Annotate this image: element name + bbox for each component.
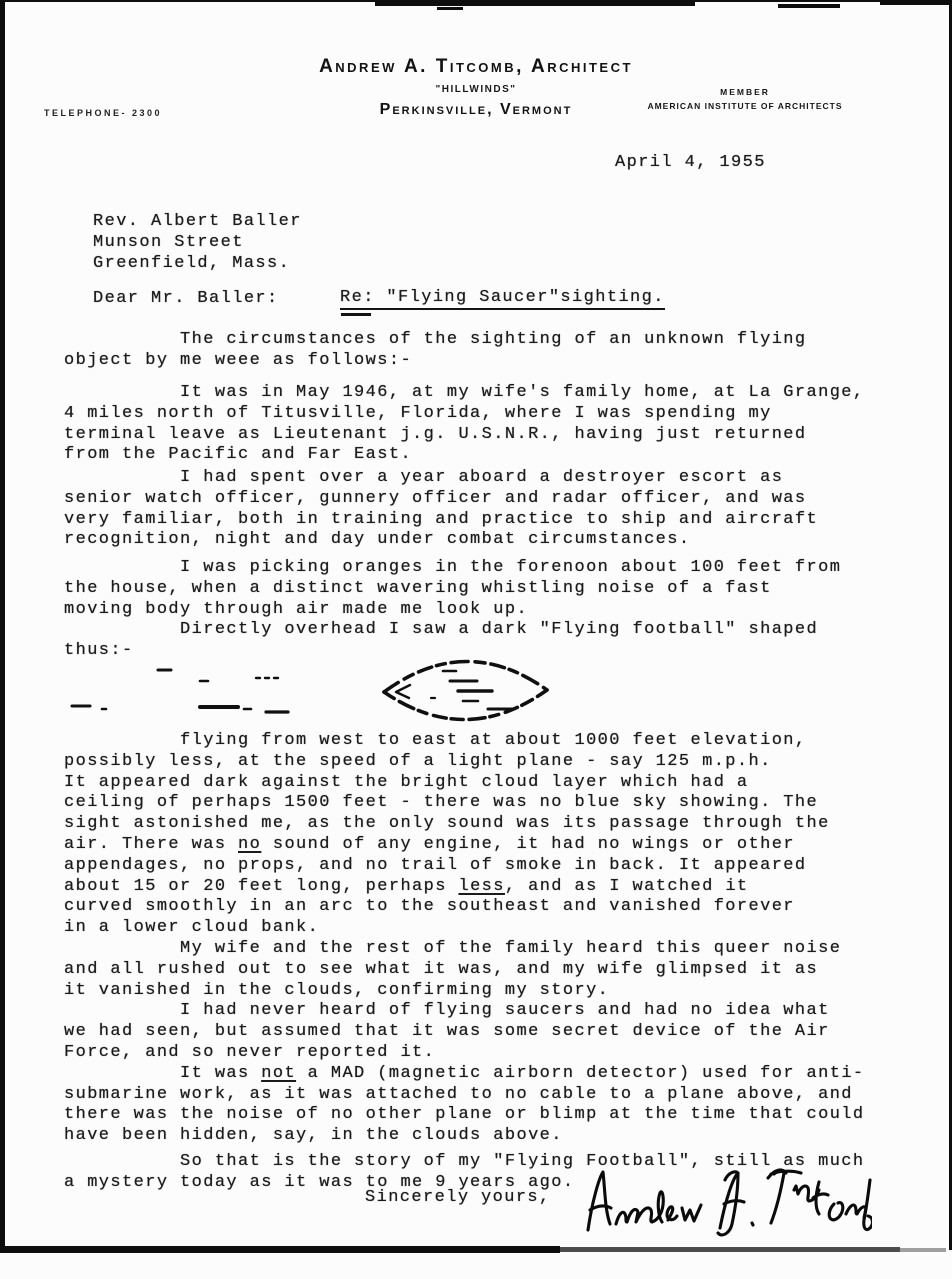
letterhead-telephone: TELEPHONE- 2300 [44,108,162,118]
text-line: I had spent over a year aboard a destroy… [64,468,818,489]
subject-text: Re: "Flying Saucer"sighting. [340,288,665,310]
body-paragraph-3: I had spent over a year aboard a destroy… [64,468,818,551]
text-line: from the Pacific and Far East. [64,445,865,466]
scan-edge-left [0,0,5,1253]
scan-edge-top-corner [880,0,952,5]
text-line: submarine work, as it was attached to no… [64,1085,865,1106]
subject-underline-tick [341,313,371,316]
text-line: senior watch officer, gunnery officer an… [64,489,818,510]
subject-line: Re: "Flying Saucer"sighting. [340,288,665,307]
flying-football-sketch [60,648,560,732]
text-line: It was not a MAD (magnetic airborn detec… [64,1064,865,1085]
text-line: The circumstances of the sighting of an … [64,330,807,351]
text-line: It was in May 1946, at my wife's family … [64,383,865,404]
text-line: Munson Street [93,233,302,254]
text-line: terminal leave as Lieutenant j.g. U.S.N.… [64,425,865,446]
text-line: in a lower cloud bank. [64,918,865,939]
text-line: moving body through air made me look up. [64,600,841,621]
text-line: appendages, no props, and no trail of sm… [64,856,865,877]
text-line: there was the noise of no other plane or… [64,1105,865,1126]
letterhead-name: Andrew A. Titcomb, Architect [0,56,952,78]
body-paragraph-1: The circumstances of the sighting of an … [64,330,807,372]
text-line: curved smoothly in an arc to the southea… [64,897,865,918]
text-line: Greenfield, Mass. [93,254,302,275]
body-paragraph-5: flying from west to east at about 1000 f… [64,731,865,1147]
text-line: It appeared dark against the bright clou… [64,773,865,794]
scan-mark-top-right [778,4,840,8]
scan-mark-top-dots [437,7,463,10]
text-line: Rev. Albert Baller [93,212,302,233]
text-line: flying from west to east at about 1000 f… [64,731,865,752]
letter-date: April 4, 1955 [615,153,766,172]
body-paragraph-4: I was picking oranges in the forenoon ab… [64,558,841,662]
text-line: My wife and the rest of the family heard… [64,939,865,960]
text-line: possibly less, at the speed of a light p… [64,752,865,773]
text-line: it vanished in the clouds, confirming my… [64,981,865,1002]
text-line: Force, and so never reported it. [64,1043,865,1064]
text-line: the house, when a distinct wavering whis… [64,579,841,600]
letter-page: Andrew A. Titcomb, Architect "HILLWINDS"… [0,0,952,1279]
text-line: I had never heard of flying saucers and … [64,1001,865,1022]
text-line: sight astonished me, as the only sound w… [64,814,865,835]
closing: Sincerely yours, [365,1188,551,1207]
text-line: we had seen, but assumed that it was som… [64,1022,865,1043]
text-line: have been hidden, say, in the clouds abo… [64,1126,865,1147]
text-line: air. There was no sound of any engine, i… [64,835,865,856]
text-line: and all rushed out to see what it was, a… [64,960,865,981]
scan-edge-bottom-black [0,1246,560,1253]
body-paragraph-2: It was in May 1946, at my wife's family … [64,383,865,466]
text-line: Directly overhead I saw a dark "Flying f… [64,620,841,641]
scan-edge-top-thick [375,0,695,6]
salutation: Dear Mr. Baller: [93,289,279,308]
text-line: recognition, night and day under combat … [64,530,818,551]
text-line: ceiling of perhaps 1500 feet - there was… [64,793,865,814]
signature [572,1160,872,1255]
letterhead-member-block: MEMBER AMERICAN INSTITUTE OF ARCHITECTS [636,87,854,111]
text-line: 4 miles north of Titusville, Florida, wh… [64,404,865,425]
letterhead-member-label: MEMBER [636,87,854,97]
recipient-address: Rev. Albert BallerMunson StreetGreenfiel… [93,212,302,274]
text-line: I was picking oranges in the forenoon ab… [64,558,841,579]
text-line: very familiar, both in training and prac… [64,510,818,531]
text-line: object by me weee as follows:- [64,351,807,372]
text-line: about 15 or 20 feet long, perhaps less, … [64,877,865,898]
letterhead-member-org: AMERICAN INSTITUTE OF ARCHITECTS [636,101,854,111]
scan-edge-bottom-gray [900,1248,946,1252]
